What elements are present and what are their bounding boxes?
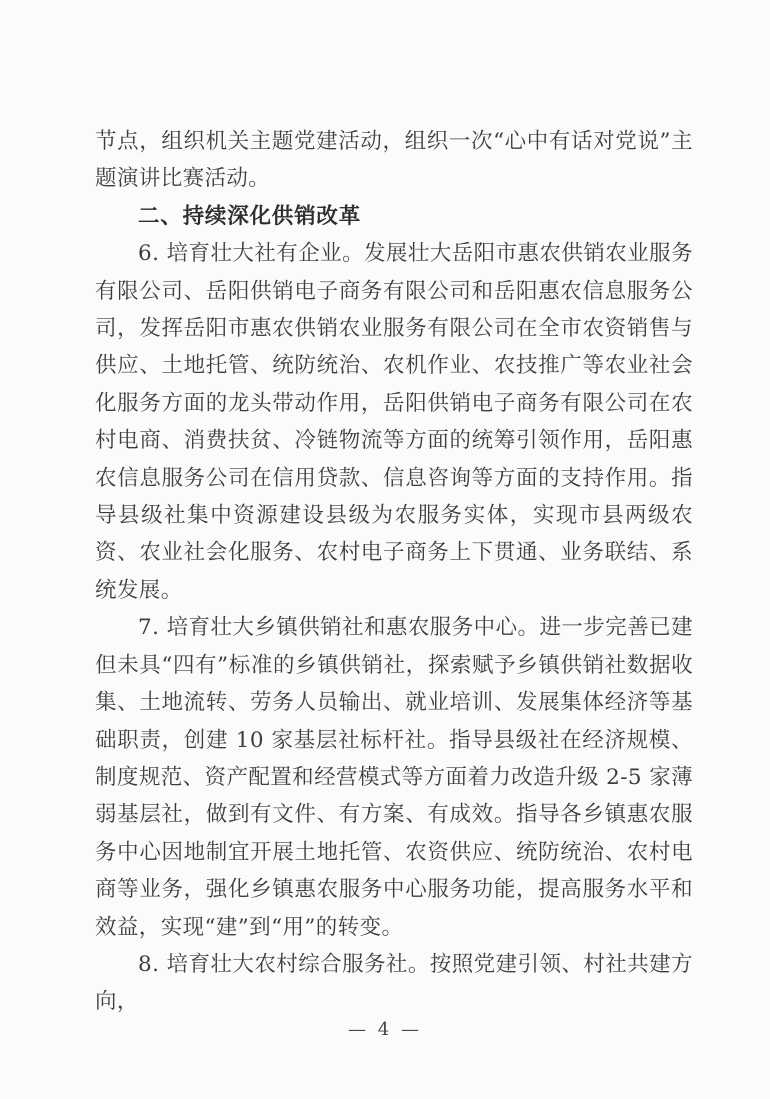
- paragraph-item-8: 8. 培育壮大农村综合服务社。按照党建引领、村社共建方向，: [95, 946, 693, 1021]
- page-number: — 4 —: [0, 1019, 770, 1040]
- document-page: 节点，组织机关主题党建活动，组织一次“心中有话对党说”主题演讲比赛活动。 二、持…: [0, 0, 770, 1099]
- paragraph-item-6: 6. 培育壮大社有企业。发展壮大岳阳市惠农供销农业服务有限公司、岳阳供销电子商务…: [95, 235, 693, 609]
- paragraph-continuation: 节点，组织机关主题党建活动，组织一次“心中有话对党说”主题演讲比赛活动。: [95, 123, 693, 198]
- paragraph-item-7: 7. 培育壮大乡镇供销社和惠农服务中心。进一步完善已建但未具“四有”标准的乡镇供…: [95, 609, 693, 946]
- document-body: 节点，组织机关主题党建活动，组织一次“心中有话对党说”主题演讲比赛活动。 二、持…: [95, 123, 693, 1021]
- section-heading: 二、持续深化供销改革: [95, 198, 693, 235]
